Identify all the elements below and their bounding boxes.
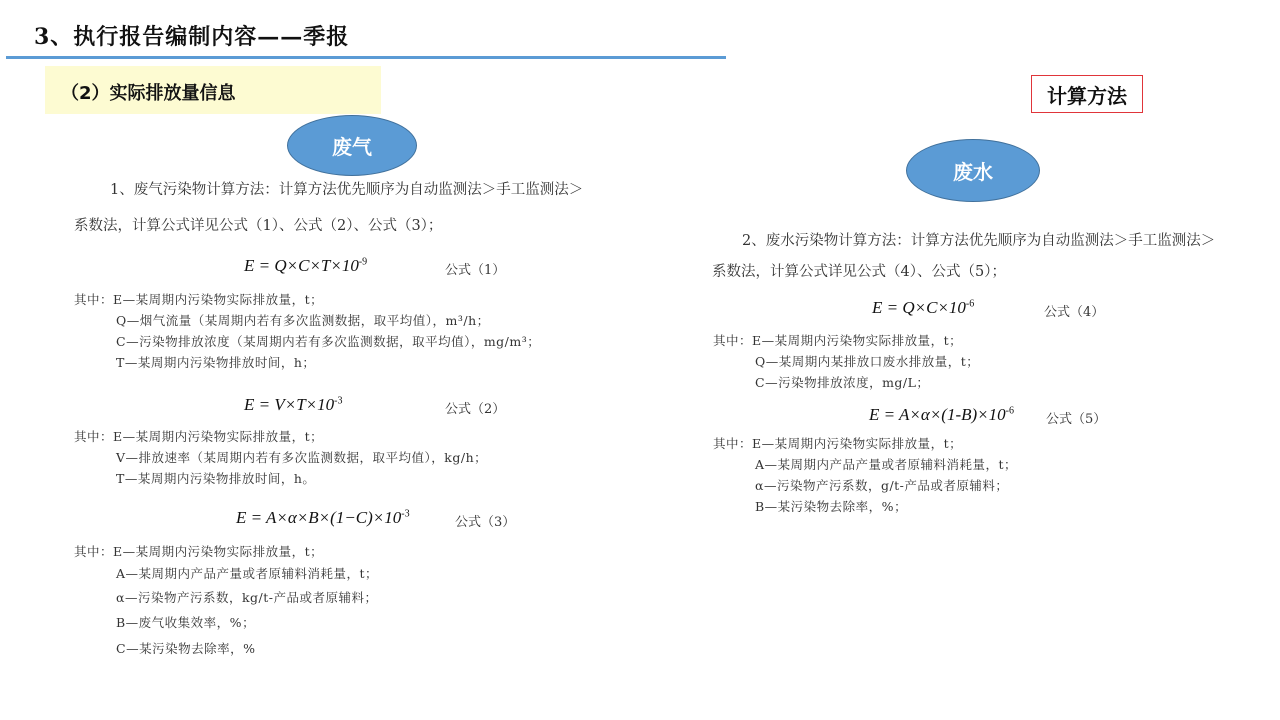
legend-line: C—污染物排放浓度（某周期内若有多次监测数据，取平均值），mg/m³； <box>74 331 540 352</box>
legend-line: 其中：E—某周期内污染物实际排放量，t； <box>713 433 1017 454</box>
legend-line: T—某周期内污染物排放时间，h。 <box>74 468 487 489</box>
formula-2-legend: 其中：E—某周期内污染物实际排放量，t； V—排放速率（某周期内若有多次监测数据… <box>74 426 487 489</box>
legend-line: B—废气收集效率，%； <box>74 610 378 636</box>
legend-line: T—某周期内污染物排放时间，h； <box>74 352 540 373</box>
formula-5-exponent: -6 <box>1006 405 1014 416</box>
formula-3: E = A×α×B×(1−C)×10-3 <box>236 508 410 528</box>
legend-line: A—某周期内产品产量或者原辅料消耗量，t； <box>74 562 378 586</box>
legend-line: A—某周期内产品产量或者原辅料消耗量，t； <box>713 454 1017 475</box>
legend-line: 其中：E—某周期内污染物实际排放量，t； <box>74 541 378 562</box>
legend-line: 其中：E—某周期内污染物实际排放量，t； <box>74 426 487 447</box>
section-heading-label: （2）实际排放量信息 <box>61 79 236 105</box>
formula-4: E = Q×C×10-6 <box>872 298 974 318</box>
legend-line: α—污染物产污系数，kg/t-产品或者原辅料； <box>74 586 378 610</box>
legend-line: V—排放速率（某周期内若有多次监测数据，取平均值），kg/h； <box>74 447 487 468</box>
legend-line: 其中：E—某周期内污染物实际排放量，t； <box>74 289 540 310</box>
formula-4-exponent: -6 <box>966 298 974 309</box>
legend-line: Q—某周期内某排放口废水排放量，t； <box>713 351 979 372</box>
legend-line: B—某污染物去除率，%； <box>713 496 1017 517</box>
formula-5: E = A×α×(1-B)×10-6 <box>869 405 1014 425</box>
formula-4-legend: 其中：E—某周期内污染物实际排放量，t； Q—某周期内某排放口废水排放量，t； … <box>713 330 979 393</box>
waste-water-intro-line2: 系数法，计算公式详见公式（4）、公式（5）； <box>712 262 1006 282</box>
waste-water-bubble: 废水 <box>906 139 1040 202</box>
formula-3-exponent: -3 <box>401 508 409 519</box>
formula-1-exponent: -9 <box>359 256 367 267</box>
waste-gas-intro-line1: 1、废气污染物计算方法：计算方法优先顺序为自动监测法＞手工监测法＞ <box>110 180 583 200</box>
formula-5-legend: 其中：E—某周期内污染物实际排放量，t； A—某周期内产品产量或者原辅料消耗量，… <box>713 433 1017 517</box>
formula-3-label: 公式（3） <box>455 511 515 530</box>
legend-line: C—污染物排放浓度，mg/L； <box>713 372 979 393</box>
section-heading: （2）实际排放量信息 <box>45 66 381 114</box>
legend-line: 其中：E—某周期内污染物实际排放量，t； <box>713 330 979 351</box>
formula-3-legend: 其中：E—某周期内污染物实际排放量，t； A—某周期内产品产量或者原辅料消耗量，… <box>74 541 378 662</box>
formula-5-label: 公式（5） <box>1046 408 1106 427</box>
formula-2-label: 公式（2） <box>445 398 505 417</box>
formula-1-expr: E = Q×C×T×10 <box>244 256 359 275</box>
formula-5-expr: E = A×α×(1-B)×10 <box>869 405 1006 424</box>
page-title: 3、执行报告编制内容——季报 <box>34 20 349 51</box>
legend-line: C—某污染物去除率，% <box>74 636 378 662</box>
legend-line: α—污染物产污系数，g/t-产品或者原辅料； <box>713 475 1017 496</box>
formula-1-label: 公式（1） <box>445 259 505 278</box>
waste-gas-bubble: 废气 <box>287 115 417 176</box>
waste-gas-intro-line2: 系数法，计算公式详见公式（1）、公式（2）、公式（3）； <box>74 216 442 236</box>
formula-2-exponent: -3 <box>334 395 342 406</box>
formula-2-expr: E = V×T×10 <box>244 395 334 414</box>
calculation-method-badge: 计算方法 <box>1031 75 1143 113</box>
formula-1: E = Q×C×T×10-9 <box>244 256 367 276</box>
formula-3-expr: E = A×α×B×(1−C)×10 <box>236 508 401 527</box>
formula-4-expr: E = Q×C×10 <box>872 298 966 317</box>
formula-4-label: 公式（4） <box>1044 301 1104 320</box>
legend-line: Q—烟气流量（某周期内若有多次监测数据，取平均值），m³/h； <box>74 310 540 331</box>
formula-1-legend: 其中：E—某周期内污染物实际排放量，t； Q—烟气流量（某周期内若有多次监测数据… <box>74 289 540 373</box>
formula-2: E = V×T×10-3 <box>244 395 342 415</box>
waste-water-intro-line1: 2、废水污染物计算方法：计算方法优先顺序为自动监测法＞手工监测法＞ <box>742 231 1215 251</box>
title-divider <box>6 56 726 59</box>
